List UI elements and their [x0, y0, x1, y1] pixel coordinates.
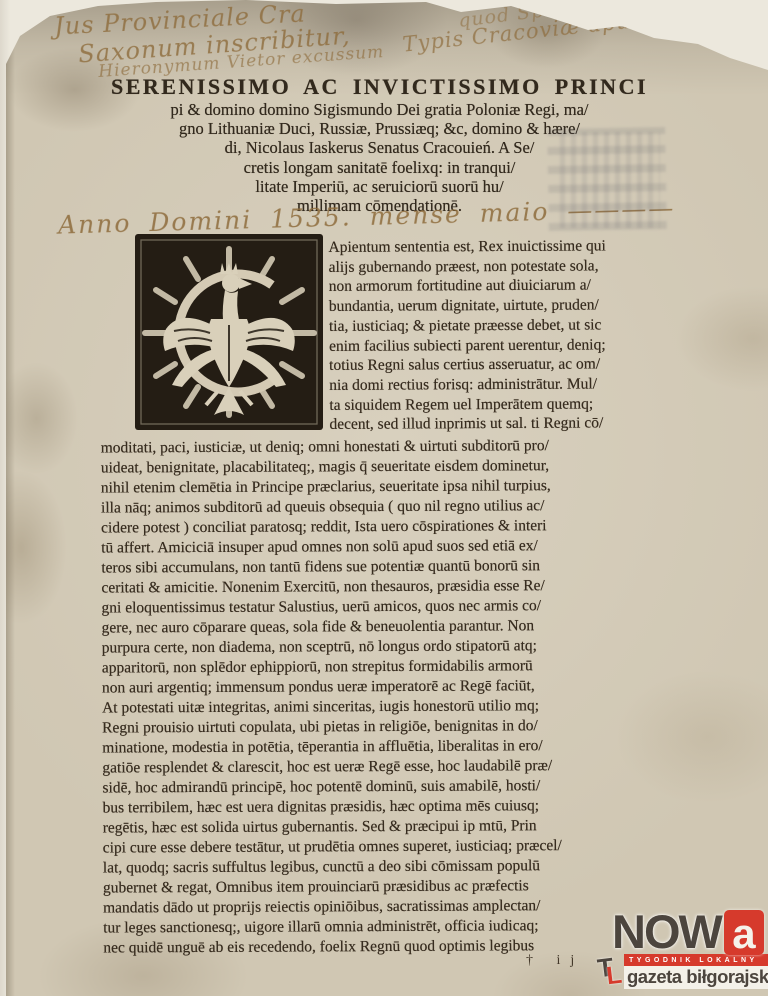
text-line: enim facilius subiecti parent uerentur, …: [329, 335, 669, 356]
text-line: Apientum sententia est, Rex inuictissime…: [328, 236, 668, 257]
text-line: nec quidē unguē ab eis recedendo, foelix…: [103, 935, 678, 958]
text-line: totius Regni salus certius asseruatur, a…: [329, 354, 669, 375]
heading-title: SERENISSIMO AC INVICTISSIMO PRINCI: [61, 74, 698, 100]
nowa-gazeta-bilgorajska-logo: NOW a T L TYGODNIK LOKALNY gazeta biłgor…: [596, 907, 766, 990]
eagle-woodcut-initial: [134, 233, 324, 431]
body-text-full-width: moditati, paci, iusticiæ, ut deniq; omni…: [101, 435, 679, 958]
eagle-initial-graphic: [134, 233, 324, 431]
logo-now-text: NOW: [612, 912, 721, 952]
logo-text-block: TYGODNIK LOKALNY gazeta biłgorajska: [624, 954, 768, 990]
logo-tl-monogram: T L: [594, 952, 626, 991]
body-text-beside-initial: Apientum sententia est, Rex inuictissime…: [328, 236, 669, 435]
logo-subtitle: gazeta biłgorajska: [624, 966, 768, 989]
signature-mark: † ij: [526, 953, 584, 969]
text-line: ta siquidem Regem uel Imperātem quemq;: [329, 394, 669, 415]
text-line: decent, sed illud inprimis ut sal. ti Re…: [329, 413, 669, 434]
logo-wordmark: NOW a: [596, 907, 766, 952]
text-line: non armorum fortitudine aut diuiciarum a…: [329, 276, 669, 297]
text-line: nia domi rectius forisq: administrātur. …: [329, 374, 669, 395]
logo-tl-l: L: [605, 961, 624, 992]
logo-accent-letter: a: [724, 910, 764, 955]
text-line: pi & domino domino Sigismundo Dei gratia…: [61, 100, 698, 119]
ink-bleedthrough-2: [560, 132, 660, 228]
scanner-background: Jus Provinciale Cra quod Spe Saxonum ins…: [0, 0, 768, 996]
text-line: tia, iusticiaq; & pietate præesse debet,…: [329, 315, 669, 336]
text-line: bundantia, uerum dignitate, uirtute, pru…: [329, 295, 669, 316]
logo-lower-row: T L TYGODNIK LOKALNY gazeta biłgorajska: [596, 954, 766, 990]
text-line: alijs gubernando præest, non potestate s…: [329, 256, 669, 277]
page-paper: Jus Provinciale Cra quod Spe Saxonum ins…: [6, 0, 768, 996]
